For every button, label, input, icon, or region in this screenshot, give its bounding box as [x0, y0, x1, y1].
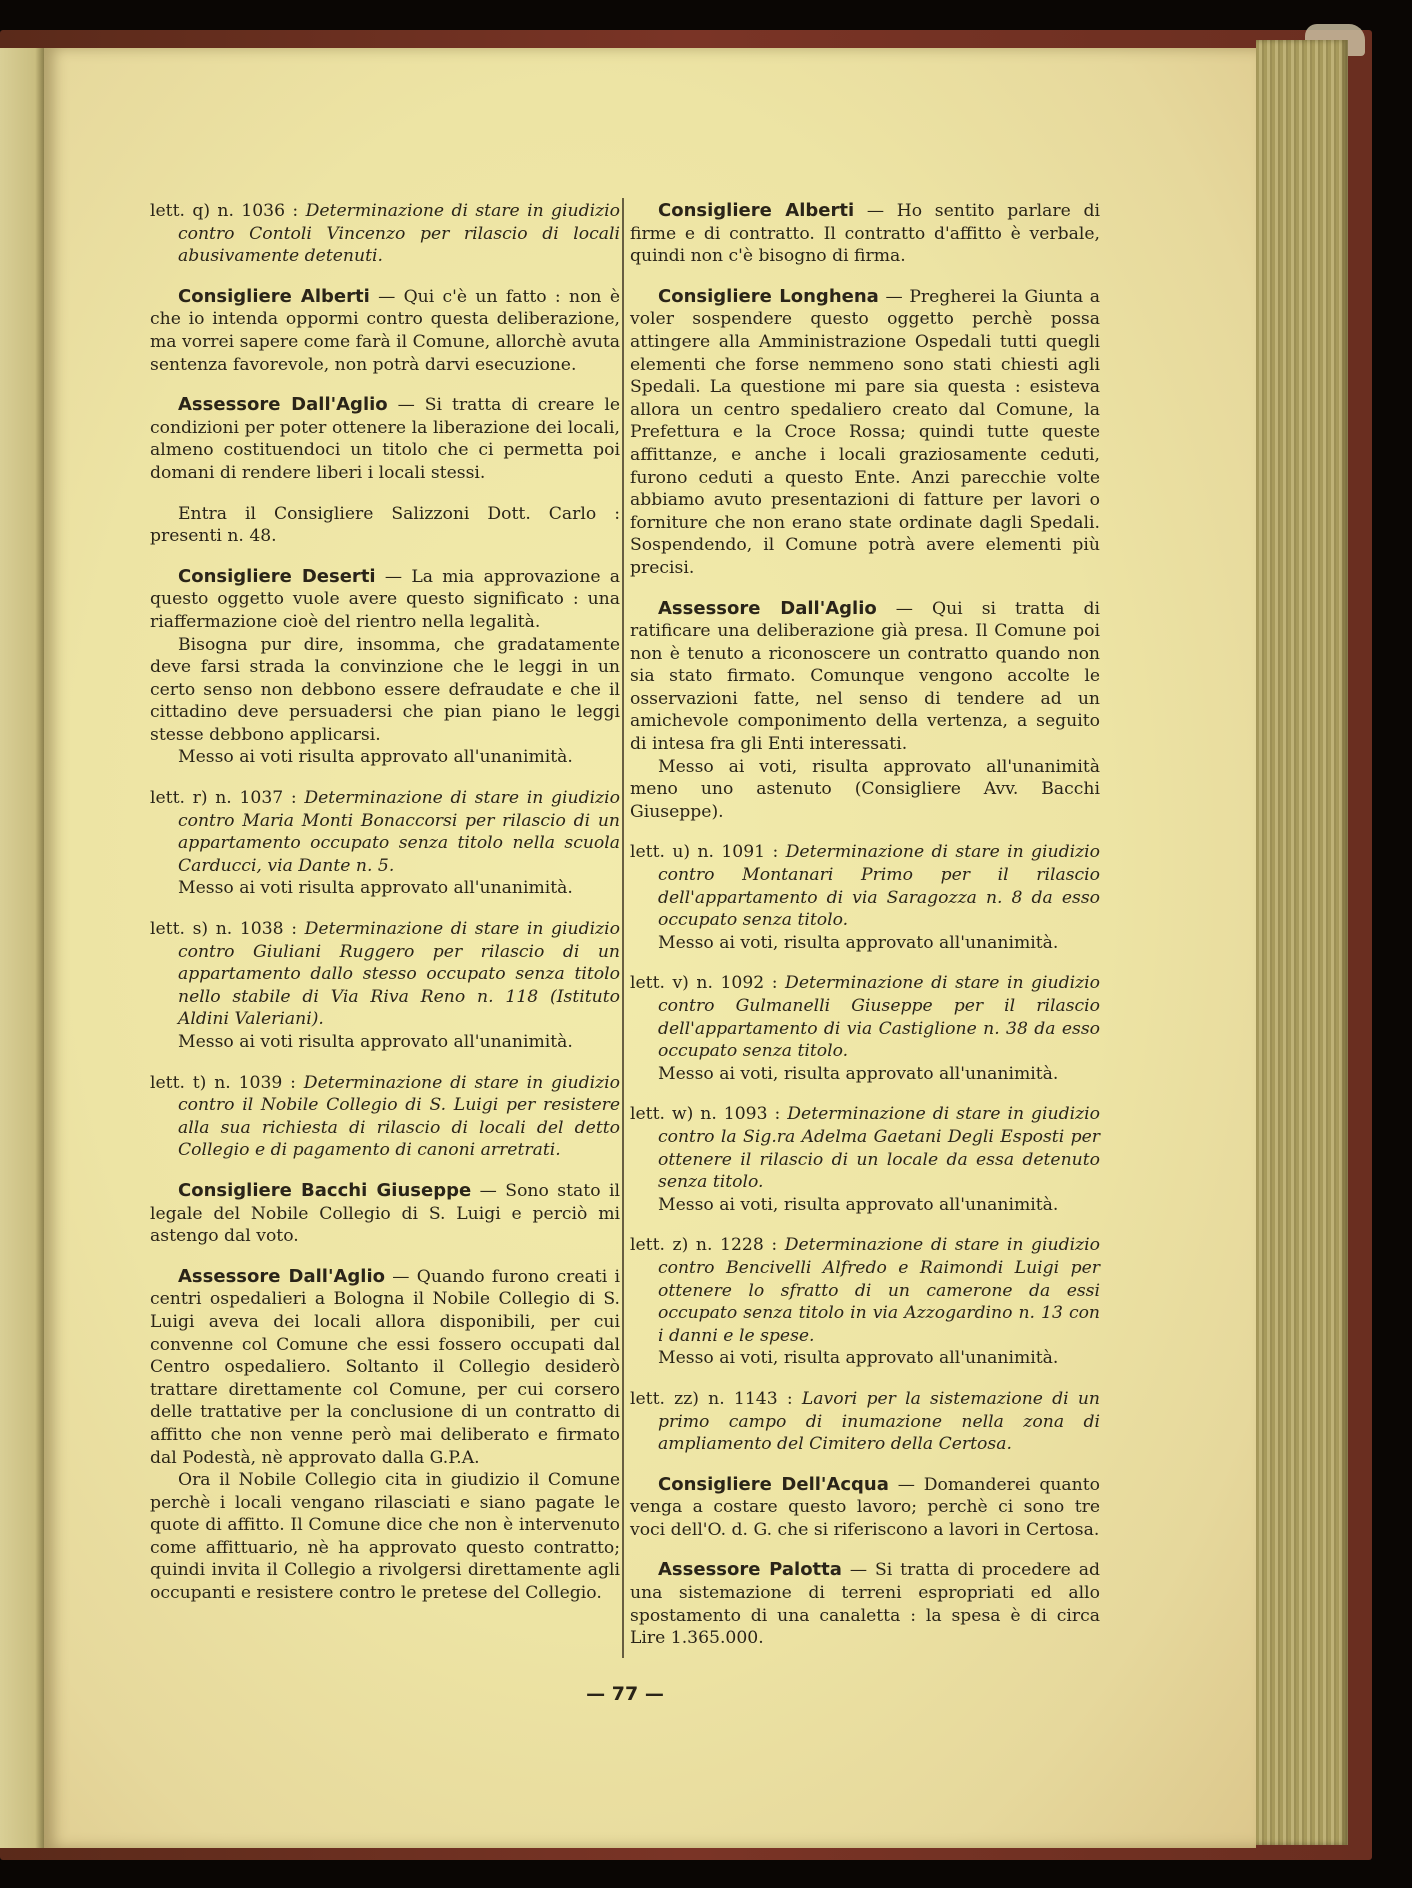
item-label: lett. q) n. 1036 : [150, 201, 298, 221]
speech-block: Consigliere Alberti — Qui c'è un fatto :… [150, 286, 620, 376]
vote-result: Messo ai voti, risulta approvato all'una… [630, 1063, 1100, 1086]
speech-paragraph: Consigliere Alberti — Ho sentito parlare… [630, 200, 1100, 268]
speech-paragraph: Consigliere Alberti — Qui c'è un fatto :… [150, 286, 620, 376]
agenda-item: lett. z) n. 1228 : Determinazione di sta… [630, 1234, 1100, 1370]
speech-paragraph: Assessore Dall'Aglio — Quando furono cre… [150, 1266, 620, 1469]
item-entry: lett. w) n. 1093 : Determinazione di sta… [630, 1103, 1100, 1193]
agenda-item: lett. t) n. 1039 : Determinazione di sta… [150, 1072, 620, 1162]
speaker-name: Consigliere Alberti [178, 286, 370, 307]
speech-paragraph: Assessore Palotta — Si tratta di procede… [630, 1559, 1100, 1649]
speaker-name: Consigliere Deserti [178, 566, 376, 587]
speech-block: Consigliere Dell'Acqua — Domanderei quan… [630, 1474, 1100, 1542]
item-entry: lett. zz) n. 1143 : Lavori per la sistem… [630, 1388, 1100, 1456]
speaker-name: Consigliere Bacchi Giuseppe [178, 1180, 471, 1201]
agenda-item: lett. v) n. 1092 : Determinazione di sta… [630, 972, 1100, 1085]
speaker-name: Assessore Dall'Aglio [178, 1266, 385, 1287]
speech-paragraph: Consigliere Dell'Acqua — Domanderei quan… [630, 1474, 1100, 1542]
item-entry: lett. v) n. 1092 : Determinazione di sta… [630, 972, 1100, 1062]
left-column: lett. q) n. 1036 : Determinazione di sta… [150, 200, 620, 1623]
speech-block: Consigliere Bacchi Giuseppe — Sono stato… [150, 1180, 620, 1248]
speaker-name: Consigliere Longhena [658, 286, 879, 307]
item-label: lett. t) n. 1039 : [150, 1073, 296, 1093]
item-label: lett. w) n. 1093 : [630, 1104, 780, 1124]
speech-block: Assessore Palotta — Si tratta di procede… [630, 1559, 1100, 1649]
speech-block: Assessore Dall'Aglio — Si tratta di crea… [150, 394, 620, 484]
speech-paragraph: Consigliere Bacchi Giuseppe — Sono stato… [150, 1180, 620, 1248]
speech-text: — Quando furono creati i centri ospedali… [150, 1267, 620, 1468]
speech-paragraph: Assessore Dall'Aglio — Qui si tratta di … [630, 598, 1100, 756]
speech-text: — Qui si tratta di ratificare una delibe… [630, 599, 1100, 755]
item-entry: lett. q) n. 1036 : Determinazione di sta… [150, 200, 620, 268]
speech-block: Consigliere Deserti — La mia approvazion… [150, 566, 620, 769]
speech-continuation: Messo ai voti risulta approvato all'unan… [150, 746, 620, 769]
vote-result: Messo ai voti, risulta approvato all'una… [630, 1194, 1100, 1217]
speaker-name: Assessore Palotta [658, 1559, 842, 1580]
speech-continuation: Bisogna pur dire, insomma, che gradatame… [150, 634, 620, 747]
page-stack-edges [1256, 40, 1348, 1845]
agenda-item: lett. s) n. 1038 : Determinazione di sta… [150, 918, 620, 1054]
speech-paragraph: Assessore Dall'Aglio — Si tratta di crea… [150, 394, 620, 484]
item-entry: lett. r) n. 1037 : Determinazione di sta… [150, 787, 620, 877]
agenda-item: lett. zz) n. 1143 : Lavori per la sistem… [630, 1388, 1100, 1456]
procedural-note: Entra il Consigliere Salizzoni Dott. Car… [150, 503, 620, 548]
page-number: — 77 — [565, 1683, 685, 1705]
item-label: lett. z) n. 1228 : [630, 1235, 777, 1255]
item-label: lett. zz) n. 1143 : [630, 1389, 793, 1409]
item-entry: lett. s) n. 1038 : Determinazione di sta… [150, 918, 620, 1031]
agenda-item: lett. q) n. 1036 : Determinazione di sta… [150, 200, 620, 268]
speech-block: Consigliere Alberti — Ho sentito parlare… [630, 200, 1100, 268]
item-entry: lett. t) n. 1039 : Determinazione di sta… [150, 1072, 620, 1162]
speech-paragraph: Consigliere Deserti — La mia approvazion… [150, 566, 620, 634]
agenda-item: lett. r) n. 1037 : Determinazione di sta… [150, 787, 620, 900]
speech-text: — Pregherei la Giunta a voler sospendere… [630, 287, 1100, 578]
item-entry: lett. u) n. 1091 : Determinazione di sta… [630, 841, 1100, 931]
note-block: Entra il Consigliere Salizzoni Dott. Car… [150, 503, 620, 548]
speech-paragraph: Consigliere Longhena — Pregherei la Giun… [630, 286, 1100, 580]
speech-block: Assessore Dall'Aglio — Quando furono cre… [150, 1266, 620, 1605]
column-divider [622, 198, 624, 1658]
facing-page-edge [0, 48, 44, 1848]
item-entry: lett. z) n. 1228 : Determinazione di sta… [630, 1234, 1100, 1347]
speech-continuation: Ora il Nobile Collegio cita in giudizio … [150, 1469, 620, 1605]
item-label: lett. v) n. 1092 : [630, 973, 778, 993]
speech-block: Assessore Dall'Aglio — Qui si tratta di … [630, 598, 1100, 824]
agenda-item: lett. u) n. 1091 : Determinazione di sta… [630, 841, 1100, 954]
vote-result: Messo ai voti risulta approvato all'unan… [150, 1031, 620, 1054]
speech-continuation: Messo ai voti, risulta approvato all'una… [630, 756, 1100, 824]
vote-result: Messo ai voti, risulta approvato all'una… [630, 1347, 1100, 1370]
vote-result: Messo ai voti, risulta approvato all'una… [630, 932, 1100, 955]
right-column: Consigliere Alberti — Ho sentito parlare… [630, 200, 1100, 1668]
speaker-name: Assessore Dall'Aglio [658, 598, 877, 619]
speech-block: Consigliere Longhena — Pregherei la Giun… [630, 286, 1100, 580]
agenda-item: lett. w) n. 1093 : Determinazione di sta… [630, 1103, 1100, 1216]
item-label: lett. s) n. 1038 : [150, 919, 297, 939]
item-label: lett. u) n. 1091 : [630, 842, 778, 862]
speaker-name: Assessore Dall'Aglio [178, 394, 388, 415]
speaker-name: Consigliere Dell'Acqua [658, 1474, 889, 1495]
vote-result: Messo ai voti risulta approvato all'unan… [150, 877, 620, 900]
speaker-name: Consigliere Alberti [658, 200, 854, 221]
item-label: lett. r) n. 1037 : [150, 788, 297, 808]
